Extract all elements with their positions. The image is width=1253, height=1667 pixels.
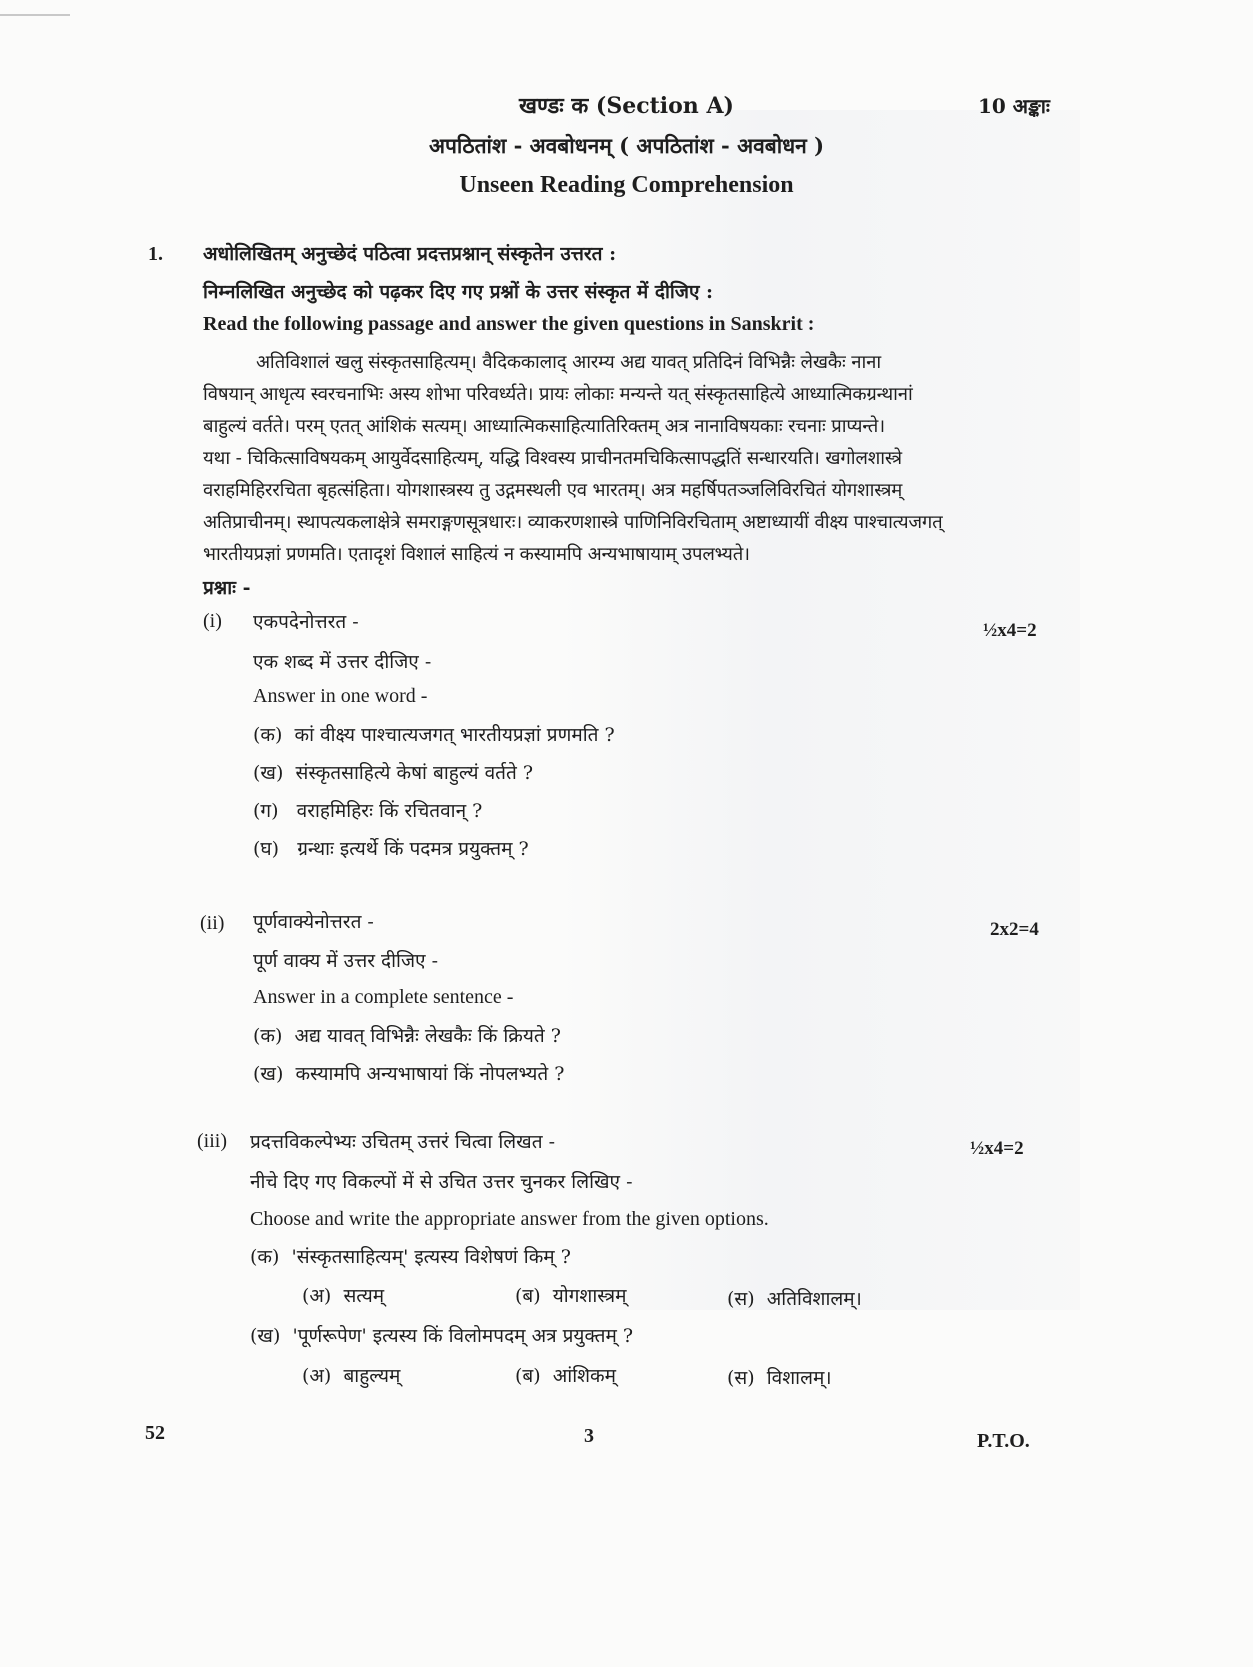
item-label: (ग): [253, 800, 279, 822]
question-item: (ख) कस्यामपि अन्यभाषायां किं नोपलभ्यते ?: [253, 1060, 564, 1086]
pto-label: P.T.O.: [977, 1430, 1030, 1453]
question-item: (ख) 'पूर्णरूपेण' इत्यस्य किं विलोमपदम् अ…: [250, 1322, 633, 1348]
item-label: (ख): [253, 1063, 283, 1085]
section-subtitle-english: Unseen Reading Comprehension: [0, 172, 1253, 199]
subquestion-title-hindi: नीचे दिए गए विकल्पों में से उचित उत्तर च…: [250, 1168, 633, 1194]
option: (स) विशालम्।: [727, 1364, 832, 1390]
option: (ब) योगशास्त्रम्: [515, 1282, 627, 1308]
item-label: (ख): [253, 762, 283, 784]
option-label: (ब): [515, 1285, 541, 1307]
passage-line: विषयान् आधृत्य स्वरचनाभिः अस्य शोभा परिव…: [203, 381, 913, 406]
subquestion-title-english: Choose and write the appropriate answer …: [250, 1208, 769, 1231]
item-label: (घ): [253, 838, 279, 860]
instruction-hindi: निम्नलिखित अनुच्छेद को पढ़कर दिए गए प्रश…: [203, 278, 713, 304]
option: (स) अतिविशालम्।: [727, 1285, 862, 1311]
prashnah-label: प्रश्नाः -: [203, 574, 251, 600]
option-text: आंशिकम्: [553, 1365, 616, 1387]
passage-line: यथा - चिकित्साविषयकम् आयुर्वेदसाहित्यम्,…: [203, 445, 902, 470]
option-label: (अ): [302, 1365, 331, 1387]
option: (ब) आंशिकम्: [515, 1362, 616, 1388]
subquestion-number: (i): [203, 610, 222, 633]
question-item: (क) अद्य यावत् विभिन्नैः लेखकैः किं क्रि…: [253, 1022, 561, 1048]
passage-line: अतिप्राचीनम्। स्थापत्यकलाक्षेत्रे समराङ्…: [203, 509, 942, 534]
item-text: कां वीक्ष्य पाश्चात्यजगत् भारतीयप्रज्ञां…: [295, 724, 615, 746]
passage-line: भारतीयप्रज्ञां प्रणमति। एतादृशं विशालं स…: [203, 541, 750, 566]
question-item: (ख) संस्कृतसाहित्ये केषां बाहुल्यं वर्तत…: [253, 759, 533, 785]
section-marks: 10 अङ्काः: [978, 92, 1050, 119]
option-text: अतिविशालम्।: [767, 1288, 862, 1310]
paper-code: 52: [145, 1422, 165, 1445]
question-item: (घ) ग्रन्थाः इत्यर्थे किं पदमत्र प्रयुक्…: [253, 835, 529, 861]
item-text: 'संस्कृतसाहित्यम्' इत्यस्य विशेषणं किम् …: [292, 1246, 571, 1268]
instruction-sanskrit: अधोलिखितम् अनुच्छेदं पठित्वा प्रदत्तप्रश…: [203, 240, 616, 266]
option: (अ) बाहुल्यम्: [302, 1362, 400, 1388]
subquestion-number: (iii): [197, 1130, 227, 1153]
subquestion-title-english: Answer in a complete sentence -: [253, 986, 513, 1009]
subquestion-marks: ½x4=2: [970, 1138, 1024, 1160]
passage-line: बाहुल्यं वर्तते। परम् एतत् आंशिकं सत्यम्…: [203, 413, 885, 438]
subquestion-title-sanskrit: पूर्णवाक्येनोत्तरत -: [253, 908, 374, 934]
instruction-english: Read the following passage and answer th…: [203, 313, 814, 336]
subquestion-title-english: Answer in one word -: [253, 685, 427, 708]
section-subtitle: अपठितांश - अवबोधनम् ( अपठितांश - अवबोधन …: [0, 132, 1253, 160]
page-edge-mark: [0, 14, 70, 16]
subquestion-title-sanskrit: प्रदत्तविकल्पेभ्यः उचितम् उत्तरं चित्वा …: [250, 1128, 555, 1154]
passage-line: वराहमिहिररचिता बृहत्संहिता। योगशास्त्रस्…: [203, 477, 902, 502]
item-label: (क): [253, 724, 282, 746]
item-text: ग्रन्थाः इत्यर्थे किं पदमत्र प्रयुक्तम् …: [297, 838, 529, 860]
question-item: (ग) वराहमिहिरः किं रचितवान् ?: [253, 797, 482, 823]
option-text: योगशास्त्रम्: [553, 1285, 627, 1307]
question-item: (क) कां वीक्ष्य पाश्चात्यजगत् भारतीयप्रज…: [253, 721, 615, 747]
option-text: विशालम्।: [767, 1367, 832, 1389]
item-text: वराहमिहिरः किं रचितवान् ?: [297, 800, 483, 822]
subquestion-title-sanskrit: एकपदेनोत्तरत -: [253, 608, 359, 634]
option-label: (स): [727, 1367, 755, 1389]
subquestion-number: (ii): [200, 912, 224, 935]
option-label: (स): [727, 1288, 755, 1310]
subquestion-marks: ½x4=2: [983, 620, 1037, 642]
item-label: (ख): [250, 1325, 280, 1347]
page-number: 3: [584, 1425, 594, 1448]
option-text: बाहुल्यम्: [343, 1365, 400, 1387]
question-number: 1.: [148, 243, 163, 266]
item-label: (क): [250, 1246, 279, 1268]
option-label: (अ): [302, 1285, 331, 1307]
subquestion-title-hindi: एक शब्द में उत्तर दीजिए -: [253, 648, 431, 674]
section-title: खण्डः क (Section A): [0, 90, 1253, 120]
item-text: संस्कृतसाहित्ये केषां बाहुल्यं वर्तते ?: [295, 762, 533, 784]
passage-line: अतिविशालं खलु संस्कृतसाहित्यम्। वैदिककाल…: [256, 349, 881, 374]
item-text: अद्य यावत् विभिन्नैः लेखकैः किं क्रियते …: [295, 1025, 561, 1047]
option-label: (ब): [515, 1365, 541, 1387]
item-text: 'पूर्णरूपेण' इत्यस्य किं विलोमपदम् अत्र …: [292, 1325, 633, 1347]
option: (अ) सत्यम्: [302, 1282, 384, 1308]
item-text: कस्यामपि अन्यभाषायां किं नोपलभ्यते ?: [295, 1063, 564, 1085]
question-item: (क) 'संस्कृतसाहित्यम्' इत्यस्य विशेषणं क…: [250, 1243, 571, 1269]
option-text: सत्यम्: [343, 1285, 384, 1307]
subquestion-title-hindi: पूर्ण वाक्य में उत्तर दीजिए -: [253, 947, 438, 973]
subquestion-marks: 2x2=4: [990, 919, 1039, 941]
item-label: (क): [253, 1025, 282, 1047]
